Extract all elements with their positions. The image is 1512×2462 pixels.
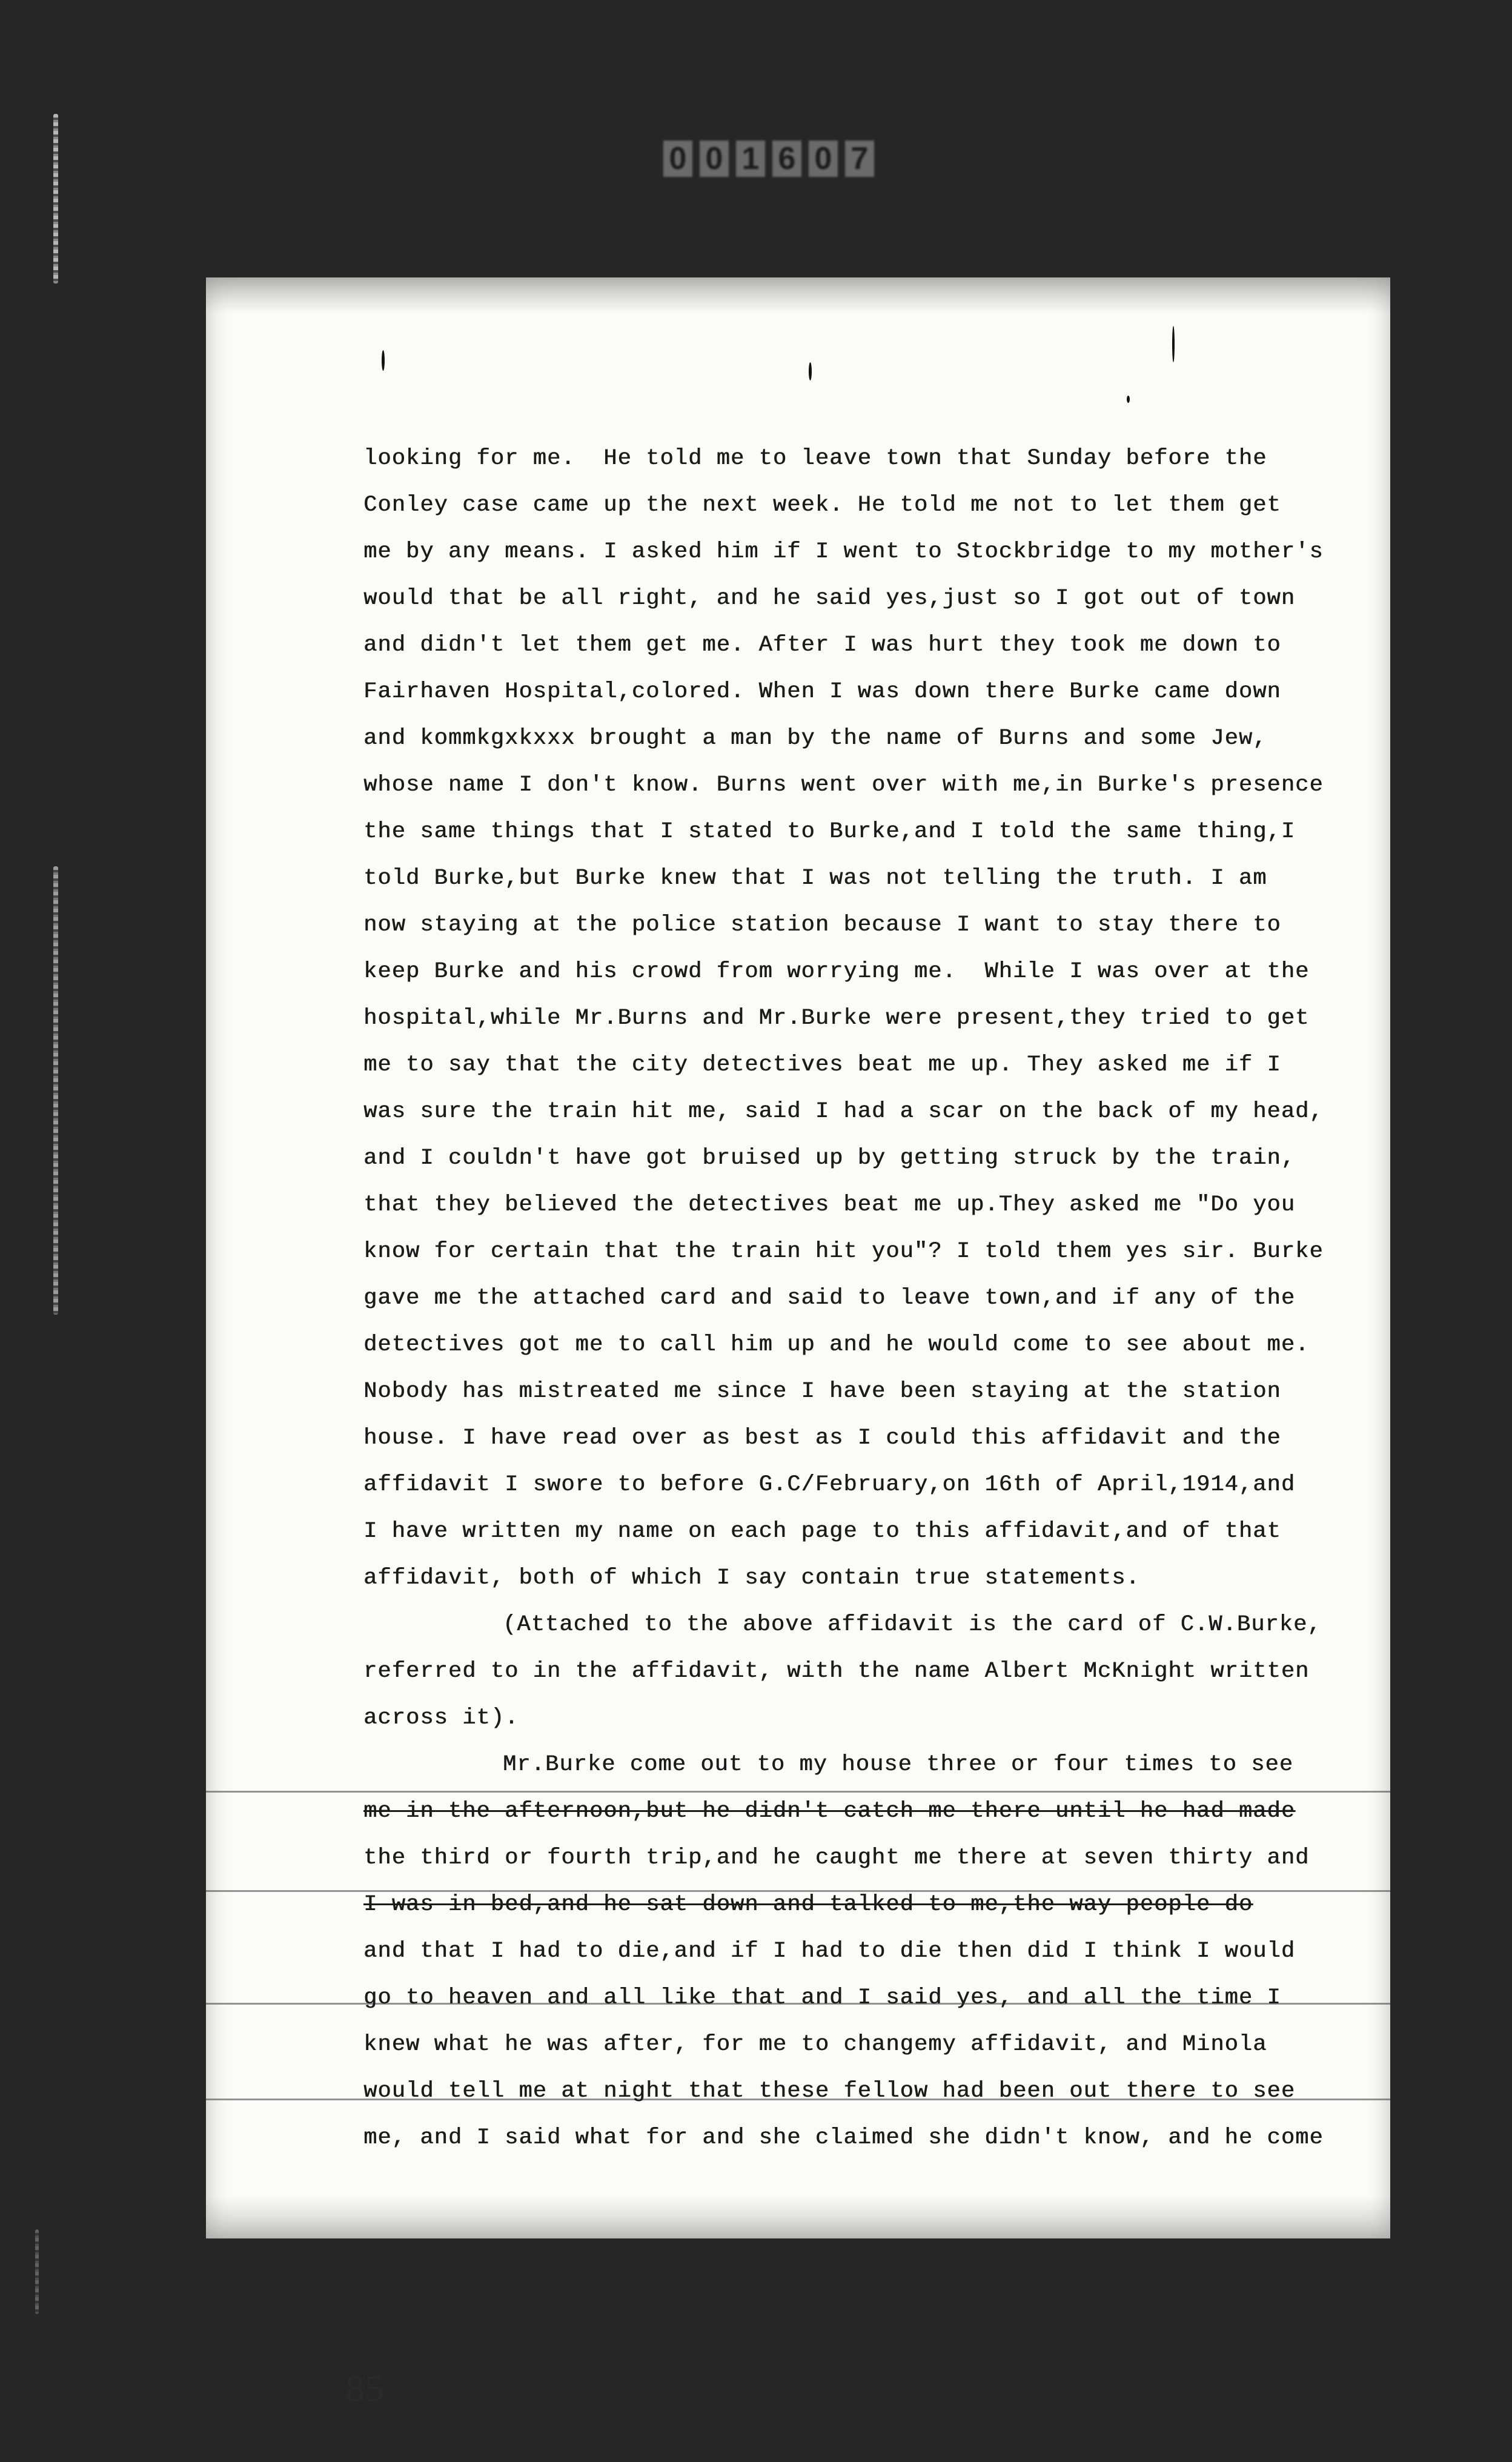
- text-line: keep Burke and his crowd from worrying m…: [363, 958, 1309, 985]
- text-line: would tell me at night that these fellow…: [363, 2078, 1295, 2105]
- text-line: knew what he was after, for me to change…: [363, 2031, 1267, 2058]
- frame-digit: 0: [700, 141, 729, 177]
- microfilm-frame-number: 0 0 1 6 0 7: [663, 141, 874, 177]
- text-line: was sure the train hit me, said I had a …: [363, 1098, 1324, 1125]
- scan-rule-line: [206, 1791, 1390, 1793]
- text-line: gave me the attached card and said to le…: [363, 1285, 1295, 1312]
- text-line: Nobody has mistreated me since I have be…: [363, 1378, 1281, 1405]
- text-line-struck: me in the afternoon,but he didn't catch …: [363, 1798, 1295, 1825]
- ink-speck: [382, 350, 385, 371]
- text-line: and didn't let them get me. After I was …: [363, 632, 1281, 659]
- frame-digit: 0: [663, 141, 692, 177]
- text-line: know for certain that the train hit you"…: [363, 1238, 1324, 1265]
- frame-digit: 6: [772, 141, 801, 177]
- text-line: told Burke,but Burke knew that I was not…: [363, 865, 1267, 892]
- text-line: the third or fourth trip,and he caught m…: [363, 1845, 1309, 1871]
- text-line: affidavit I swore to before G.C/February…: [363, 1472, 1295, 1498]
- text-line: me to say that the city detectives beat …: [363, 1052, 1281, 1078]
- text-line: Conley case came up the next week. He to…: [363, 492, 1281, 519]
- text-line: across it).: [363, 1705, 519, 1731]
- text-line: would that be all right, and he said yes…: [363, 585, 1295, 612]
- text-line-struck: I was in bed,and he sat down and talked …: [363, 1891, 1253, 1918]
- text-line: that they believed the detectives beat m…: [363, 1192, 1295, 1218]
- text-line: house. I have read over as best as I cou…: [363, 1425, 1281, 1452]
- text-line: Mr.Burke come out to my house three or f…: [503, 1751, 1293, 1778]
- text-line: I have written my name on each page to t…: [363, 1518, 1281, 1545]
- film-scratch-artifact: [53, 866, 58, 1315]
- text-line: looking for me. He told me to leave town…: [363, 445, 1267, 472]
- frame-digit: 7: [845, 141, 874, 177]
- text-line: the same things that I stated to Burke,a…: [363, 818, 1295, 845]
- text-line: referred to in the affidavit, with the n…: [363, 1658, 1309, 1685]
- text-line: (Attached to the above affidavit is the …: [503, 1611, 1322, 1638]
- ink-speck: [1127, 396, 1130, 403]
- text-line: and that I had to die,and if I had to di…: [363, 1938, 1295, 1965]
- text-line: now staying at the police station becaus…: [363, 912, 1281, 938]
- text-line: and I couldn't have got bruised up by ge…: [363, 1145, 1295, 1172]
- text-line: detectives got me to call him up and he …: [363, 1332, 1309, 1358]
- ink-speck: [809, 362, 812, 380]
- frame-digit: 0: [809, 141, 838, 177]
- page-number: 85: [345, 2367, 384, 2410]
- text-line: hospital,while Mr.Burns and Mr.Burke wer…: [363, 1005, 1309, 1032]
- frame-digit: 1: [736, 141, 765, 177]
- document-page: looking for me. He told me to leave town…: [206, 277, 1390, 2238]
- text-line: and kommkgxkxxx brought a man by the nam…: [363, 725, 1267, 752]
- film-scratch-artifact: [35, 2229, 39, 2314]
- text-line: me by any means. I asked him if I went t…: [363, 539, 1324, 565]
- ink-speck: [1172, 326, 1175, 362]
- text-line: Fairhaven Hospital,colored. When I was d…: [363, 679, 1281, 705]
- text-line: whose name I don't know. Burns went over…: [363, 772, 1324, 798]
- film-scratch-artifact: [53, 114, 58, 284]
- text-line: affidavit, both of which I say contain t…: [363, 1565, 1140, 1591]
- text-line: go to heaven and all like that and I sai…: [363, 1985, 1281, 2011]
- text-line: me, and I said what for and she claimed …: [363, 2125, 1324, 2151]
